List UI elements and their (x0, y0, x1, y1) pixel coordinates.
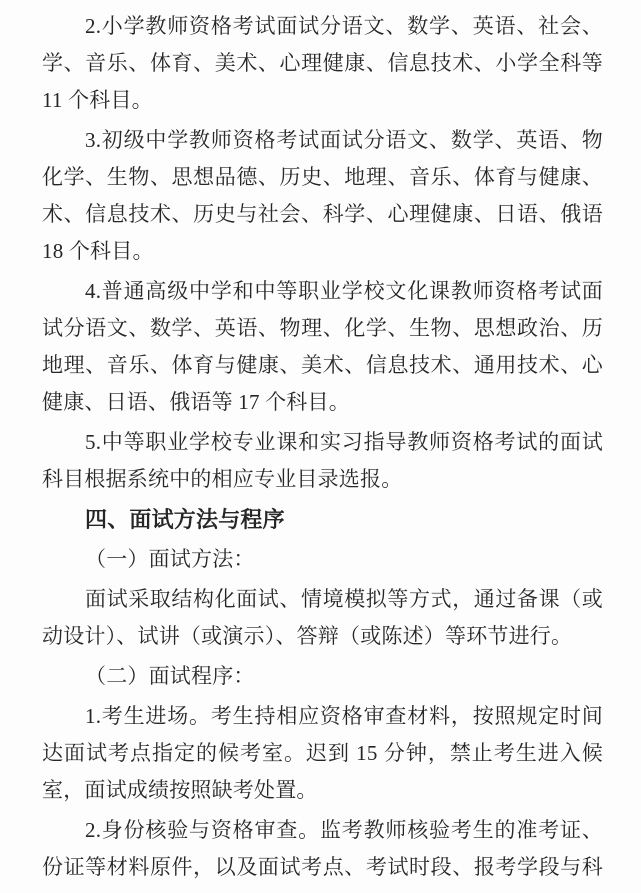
text-line: 4.普通高级中学和中等职业学校文化课教师资格考试面 (42, 273, 603, 310)
sub-heading-interview-procedure: （二）面试程序： (42, 658, 603, 695)
paragraph-subjects-junior-high: 3.初级中学教师资格考试面试分语文、数学、英语、物理、 化学、生物、思想品德、历… (42, 122, 603, 270)
text-line: 面试采取结构化面试、情境模拟等方式，通过备课（或活 (42, 581, 603, 618)
text-line: 2.身份核验与资格审查。监考教师核验考生的准考证、身 (42, 812, 603, 849)
text-line: 地理、音乐、体育与健康、美术、信息技术、通用技术、心理 (42, 347, 603, 384)
document-page: 2.小学教师资格考试面试分语文、数学、英语、社会、科 学、音乐、体育、美术、心理… (0, 0, 641, 893)
text-line: 18 个科目。 (42, 233, 603, 270)
text-line: 试分语文、数学、英语、物理、化学、生物、思想政治、历史、 (42, 310, 603, 347)
text-line: 达面试考点指定的候考室。迟到 15 分钟，禁止考生进入候考 (42, 735, 603, 772)
paragraph-subjects-senior-high: 4.普通高级中学和中等职业学校文化课教师资格考试面 试分语文、数学、英语、物理、… (42, 273, 603, 421)
text-line: 化学、生物、思想品德、历史、地理、音乐、体育与健康、美 (42, 159, 603, 196)
text-line: 11 个科目。 (42, 82, 603, 119)
text-line: 健康、日语、俄语等 17 个科目。 (42, 384, 603, 421)
paragraph-subjects-vocational: 5.中等职业学校专业课和实习指导教师资格考试的面试 科目根据系统中的相应专业目录… (42, 424, 603, 498)
text-line: 术、信息技术、历史与社会、科学、心理健康、日语、俄语等 (42, 196, 603, 233)
section-heading-text: 四、面试方法与程序 (42, 501, 603, 538)
text-line: 动设计）、试讲（或演示）、答辩（或陈述）等环节进行。 (42, 618, 603, 655)
paragraph-procedure-step-entry: 1.考生进场。考生持相应资格审查材料，按照规定时间到 达面试考点指定的候考室。迟… (42, 698, 603, 809)
text-line: 科目根据系统中的相应专业目录选报。 (42, 461, 603, 498)
text-line: 5.中等职业学校专业课和实习指导教师资格考试的面试 (42, 424, 603, 461)
paragraph-subjects-primary: 2.小学教师资格考试面试分语文、数学、英语、社会、科 学、音乐、体育、美术、心理… (42, 8, 603, 119)
section-heading-methods-procedures: 四、面试方法与程序 (42, 501, 603, 538)
paragraph-procedure-step-identity-check: 2.身份核验与资格审查。监考教师核验考生的准考证、身 份证等材料原件，以及面试考… (42, 812, 603, 886)
text-line: 份证等材料原件，以及面试考点、考试时段、报考学段与科目 (42, 849, 603, 886)
sub-heading-text: （二）面试程序： (42, 658, 603, 695)
sub-heading-text: （一）面试方法： (42, 541, 603, 578)
text-line: 2.小学教师资格考试面试分语文、数学、英语、社会、科 (42, 8, 603, 45)
text-line: 室，面试成绩按照缺考处置。 (42, 772, 603, 809)
text-line: 3.初级中学教师资格考试面试分语文、数学、英语、物理、 (42, 122, 603, 159)
sub-heading-interview-method: （一）面试方法： (42, 541, 603, 578)
paragraph-interview-method-body: 面试采取结构化面试、情境模拟等方式，通过备课（或活 动设计）、试讲（或演示）、答… (42, 581, 603, 655)
text-line: 学、音乐、体育、美术、心理健康、信息技术、小学全科等 (42, 45, 603, 82)
text-line: 1.考生进场。考生持相应资格审查材料，按照规定时间到 (42, 698, 603, 735)
